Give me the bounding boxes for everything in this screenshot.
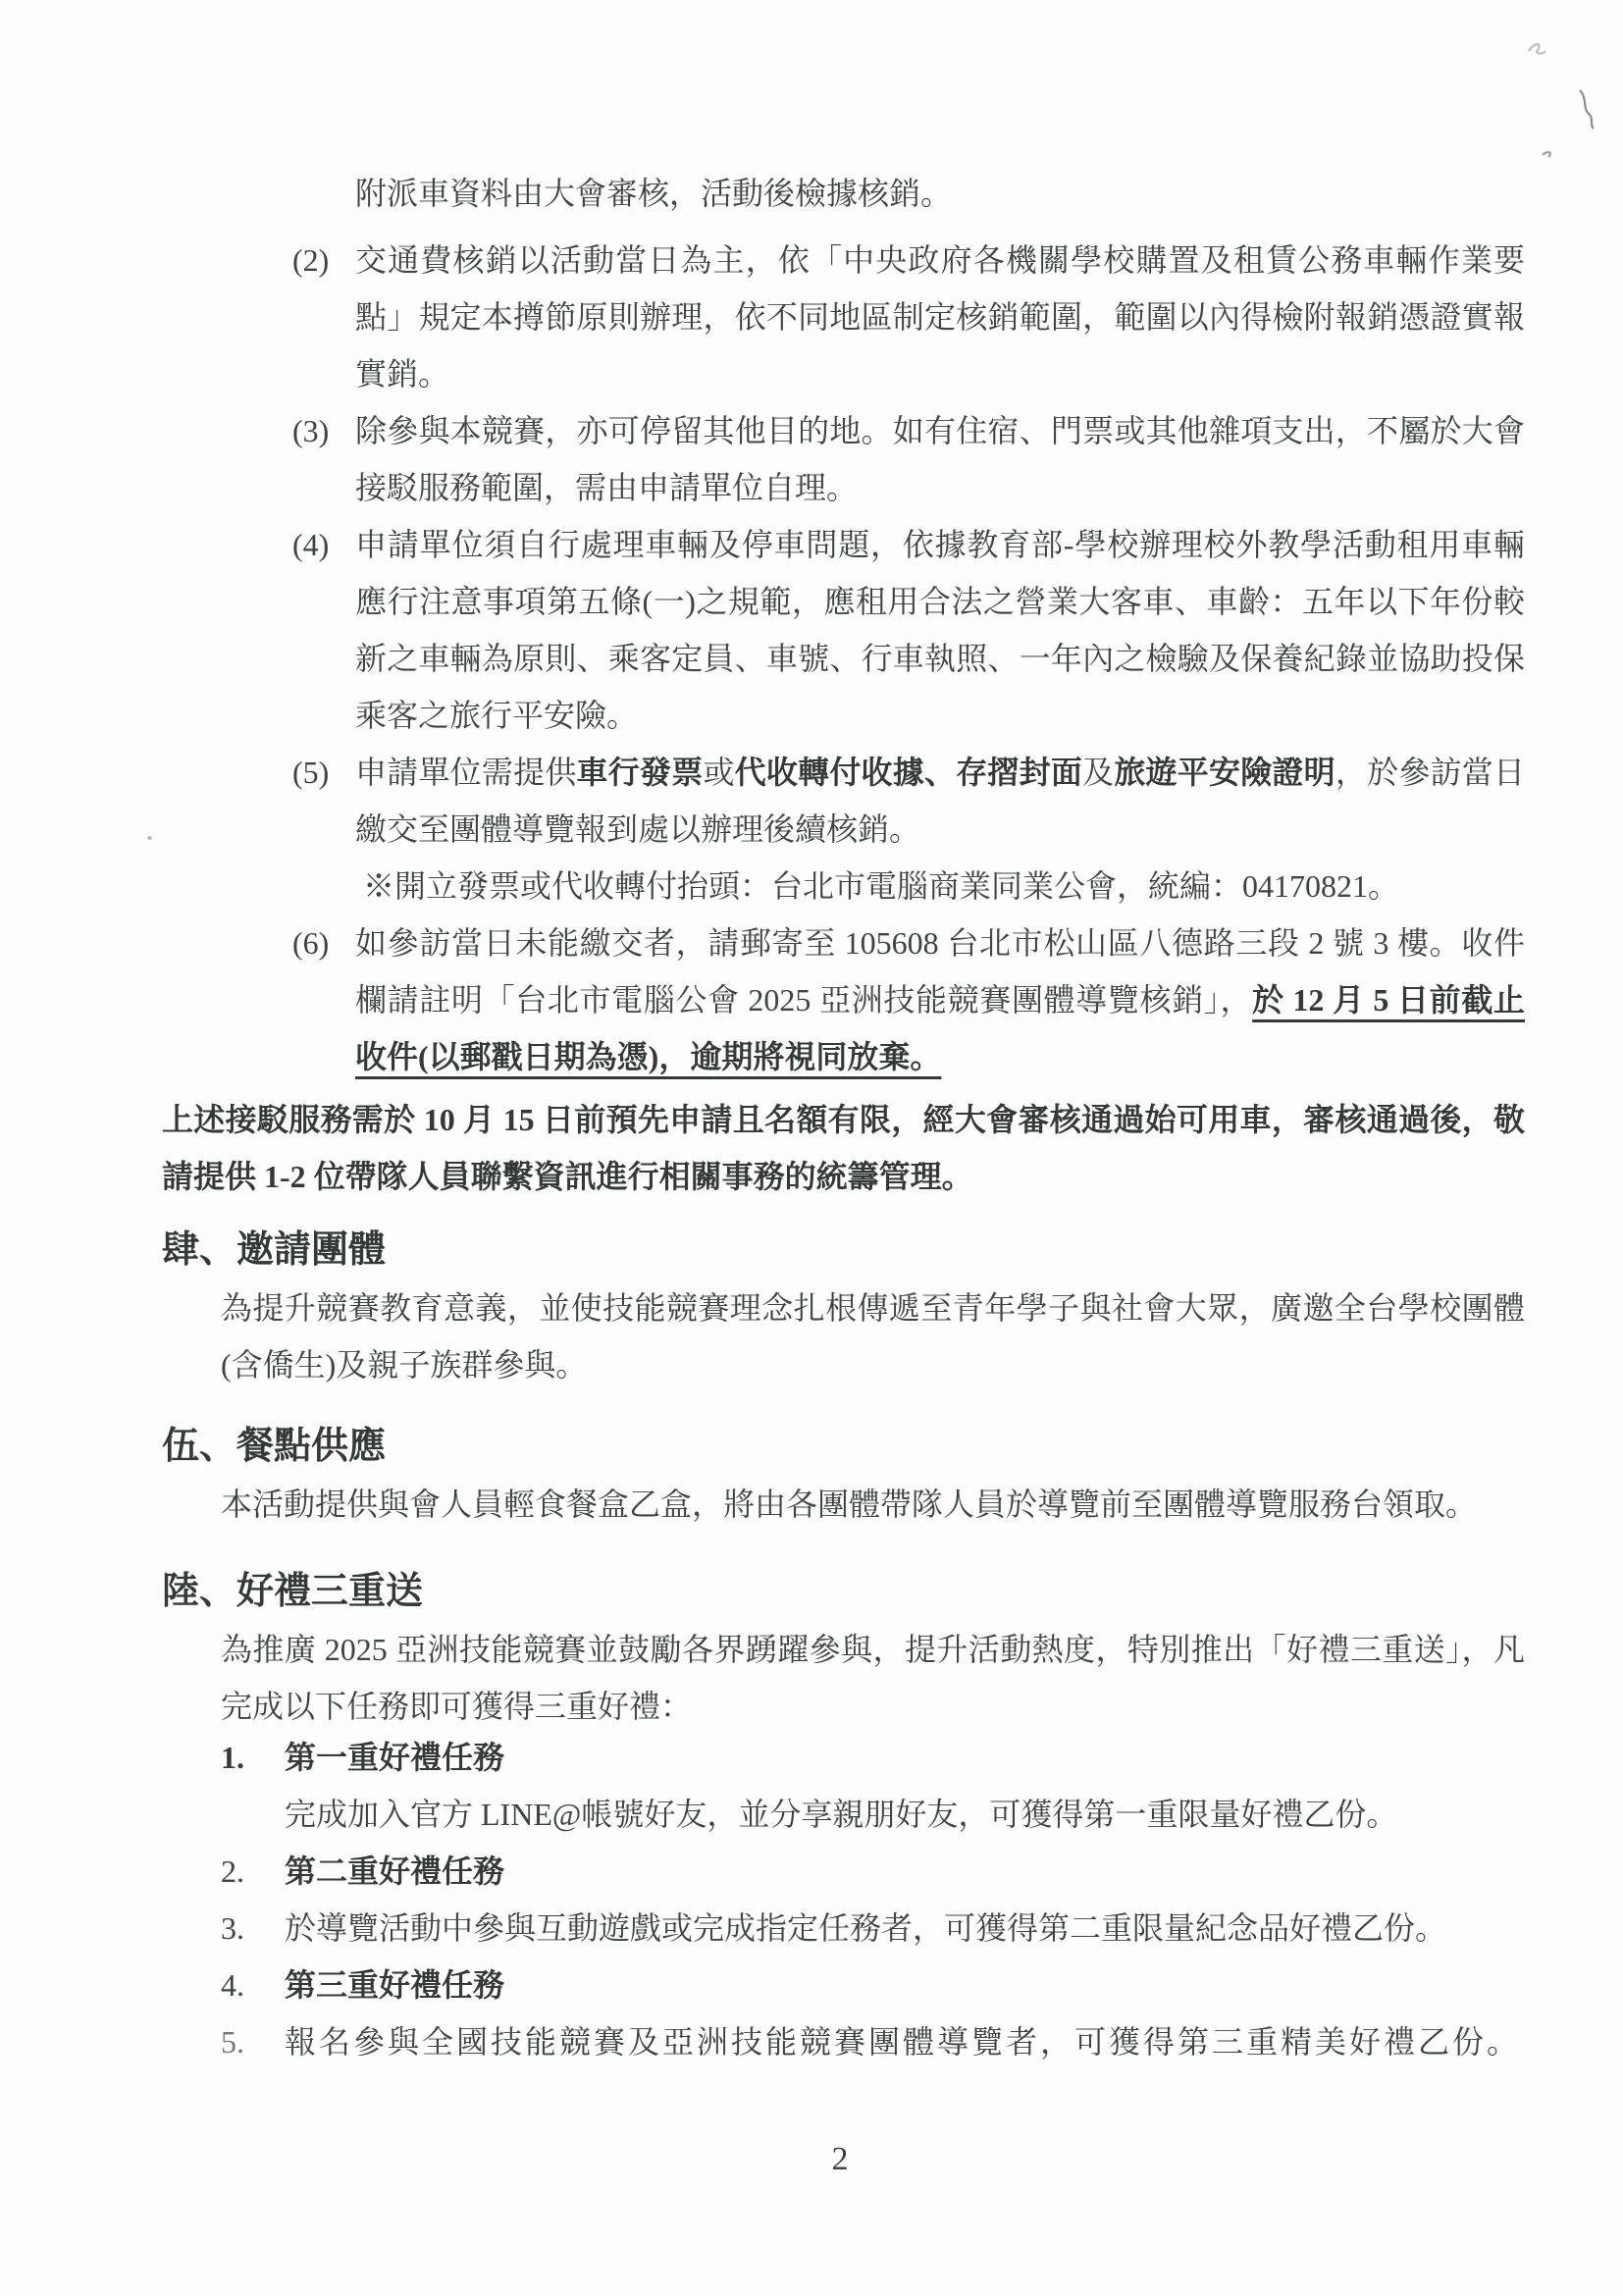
text-run-bold: 代收轉付收據、存摺封面 [735,755,1082,790]
item-text: 如參訪當日未能繳交者，請郵寄至 105608 台北市松山區八德路三段 2 號 3… [355,914,1525,1085]
item-4: (4) 申請單位須自行處理車輛及停車問題，依據教育部-學校辦理校外教學活動租用車… [292,516,1525,744]
shuttle-service-notice: 上述接駁服務需於 10 月 15 日前預先申請且名額有限，經大會審核通過始可用車… [162,1091,1525,1205]
task-number: 4. [221,1957,285,2013]
task-number: 3. [221,1900,285,1957]
page-number: 2 [0,2141,1623,2178]
task-number: 5. [221,2013,285,2070]
gift-task-4: 4. 第三重好禮任務 [221,1957,1525,2013]
gift-task-1-description: 完成加入官方 LINE@帳號好友，並分享親朋好友，可獲得第一重限量好禮乙份。 [285,1786,1525,1843]
item-text: 交通費核銷以活動當日為主，依「中央政府各機關學校購置及租賃公務車輛作業要點」規定… [355,232,1525,402]
text-run-bold: 旅遊平安險證明 [1114,755,1335,790]
item-number: (6) [292,914,355,1085]
gift-task-1: 1. 第一重好禮任務 [221,1729,1525,1786]
section-heading-gifts: 陸、好禮三重送 [162,1562,1623,1621]
item-5: (5) 申請單位需提供車行發票或代收轉付收據、存摺封面及旅遊平安險證明，於參訪當… [292,744,1525,858]
document-content: 附派車資料由大會審核，活動後檢據核銷。 (2) 交通費核銷以活動當日為主，依「中… [0,0,1623,2070]
scan-artifact-marks [1515,29,1623,177]
scan-speck [147,836,152,840]
gift-task-5: 5. 報名參與全國技能競賽及亞洲技能競賽團體導覽者，可獲得第三重精美好禮乙份。 [221,2013,1525,2070]
text-run: 申請單位需提供 [355,755,577,790]
section-heading-meals: 伍、餐點供應 [162,1417,1623,1476]
item-text: 除參與本競賽，亦可停留其他目的地。如有住宿、門票或其他雜項支出，不屬於大會接駁服… [355,402,1525,516]
invoice-title-note: ※開立發票或代收轉付抬頭：台北市電腦商業同業公會，統編：04170821。 [363,858,1525,914]
task-title: 第一重好禮任務 [285,1729,1525,1786]
text-run: 及 [1082,755,1114,790]
item-6: (6) 如參訪當日未能繳交者，請郵寄至 105608 台北市松山區八德路三段 2… [292,914,1525,1085]
task-description: 報名參與全國技能競賽及亞洲技能競賽團體導覽者，可獲得第三重精美好禮乙份。 [285,2013,1525,2070]
scanned-document-page: 附派車資料由大會審核，活動後檢據核銷。 (2) 交通費核銷以活動當日為主，依「中… [0,0,1623,2296]
task-number: 2. [221,1843,285,1900]
item-number: (3) [292,402,355,516]
item-number: (4) [292,516,355,744]
item-1-continuation: 附派車資料由大會審核，活動後檢據核銷。 [355,165,1525,222]
item-2: (2) 交通費核銷以活動當日為主，依「中央政府各機關學校購置及租賃公務車輛作業要… [292,232,1525,402]
item-3: (3) 除參與本競賽，亦可停留其他目的地。如有住宿、門票或其他雜項支出，不屬於大… [292,402,1525,516]
item-text: 申請單位需提供車行發票或代收轉付收據、存摺封面及旅遊平安險證明，於參訪當日繳交至… [355,744,1525,858]
section-heading-invite: 肆、邀請團體 [162,1221,1623,1279]
item-number: (5) [292,744,355,858]
section-body-meals: 本活動提供與會人員輕食餐盒乙盒，將由各團體帶隊人員於導覽前至團體導覽服務台領取。 [221,1476,1525,1533]
item-number: (2) [292,232,355,402]
task-title: 第二重好禮任務 [285,1843,1525,1900]
task-number: 1. [221,1729,285,1786]
task-title: 第三重好禮任務 [285,1957,1525,2013]
text-run: 或 [703,755,734,790]
section-intro-gifts: 為推廣 2025 亞洲技能競賽並鼓勵各界踴躍參與，提升活動熱度，特別推出「好禮三… [221,1621,1525,1735]
gift-task-2: 2. 第二重好禮任務 [221,1843,1525,1900]
item-text: 附派車資料由大會審核，活動後檢據核銷。 [355,165,1525,222]
text-run-bold: 車行發票 [577,755,704,790]
gift-task-3: 3. 於導覽活動中參與互動遊戲或完成指定任務者，可獲得第二重限量紀念品好禮乙份。 [221,1900,1525,1957]
item-text: 申請單位須自行處理車輛及停車問題，依據教育部-學校辦理校外教學活動租用車輛應行注… [355,516,1525,744]
section-body-invite: 為提升競賽教育意義，並使技能競賽理念扎根傳遞至青年學子與社會大眾，廣邀全台學校團… [221,1279,1525,1393]
task-description: 於導覽活動中參與互動遊戲或完成指定任務者，可獲得第二重限量紀念品好禮乙份。 [285,1900,1525,1957]
